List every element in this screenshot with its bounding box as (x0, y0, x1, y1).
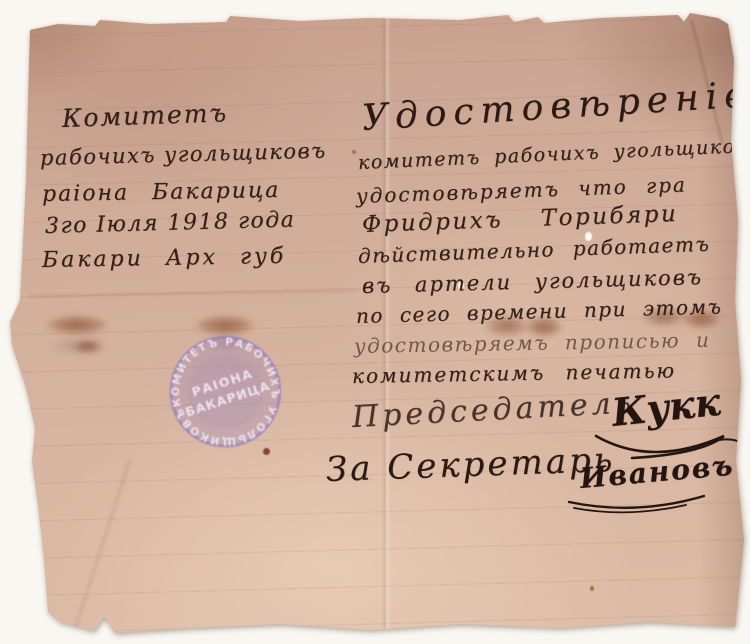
document-paper: КОМИТЕТЪ РАБОЧИХЪ УГОЛЬЩИКОВЪ РАІОНА БАК… (0, 0, 750, 644)
body-line-name: Фридрихъ Торибяри (362, 201, 679, 238)
body-line: комитетскимъ печатью (352, 358, 676, 388)
diagonal-crease (71, 459, 131, 636)
secretary-label: За Секретарь (325, 440, 616, 490)
ink-speck (263, 448, 270, 455)
stamp-center-line1: РАІОНА (190, 366, 255, 400)
body-line: удостовѣряемъ прописью и (354, 328, 711, 358)
ink-speck (352, 150, 356, 154)
ink-stain (40, 334, 118, 358)
ink-stain (70, 338, 106, 355)
stamp-center-line2: БАКАРИЦА (183, 378, 272, 420)
body-line: по сего времени при этомъ (356, 294, 723, 328)
certificate-title: Удостовѣреніе (361, 74, 750, 139)
round-stamp: КОМИТЕТЪ РАБОЧИХЪ УГОЛЬЩИКОВЪ РАІОНА БАК… (140, 306, 311, 477)
letterhead-date: 3го Іюля 1918 года (45, 207, 296, 239)
ink-stain (36, 312, 118, 338)
body-line: въ артели угольщиковъ (362, 265, 703, 298)
body-line: дѣйствительно работаетъ (358, 232, 711, 268)
stamp-inner-area (178, 345, 272, 439)
body-line: комитетъ рабочихъ угольщиковъ (358, 134, 750, 174)
ink-speck (590, 586, 594, 591)
letterhead-place: Бакари Арх губ (42, 244, 287, 273)
stamp-outer-ring (157, 323, 294, 460)
letterhead-committee: Комитетъ (61, 98, 228, 133)
ink-stain (186, 312, 264, 339)
chairman-label: Председатель (351, 385, 636, 435)
secretary-signature-flourish (566, 492, 716, 518)
letterhead-district: раіона Бакарица (42, 178, 281, 207)
stamp-ring-text: КОМИТЕТЪ РАБОЧИХЪ УГОЛЬЩИКОВЪ (155, 322, 295, 462)
ink-stain (196, 332, 258, 354)
horizontal-crease (28, 289, 358, 298)
letterhead-workers: рабочихъ угольщиковъ (40, 138, 327, 169)
scan-background: КОМИТЕТЪ РАБОЧИХЪ УГОЛЬЩИКОВЪ РАІОНА БАК… (0, 0, 750, 644)
